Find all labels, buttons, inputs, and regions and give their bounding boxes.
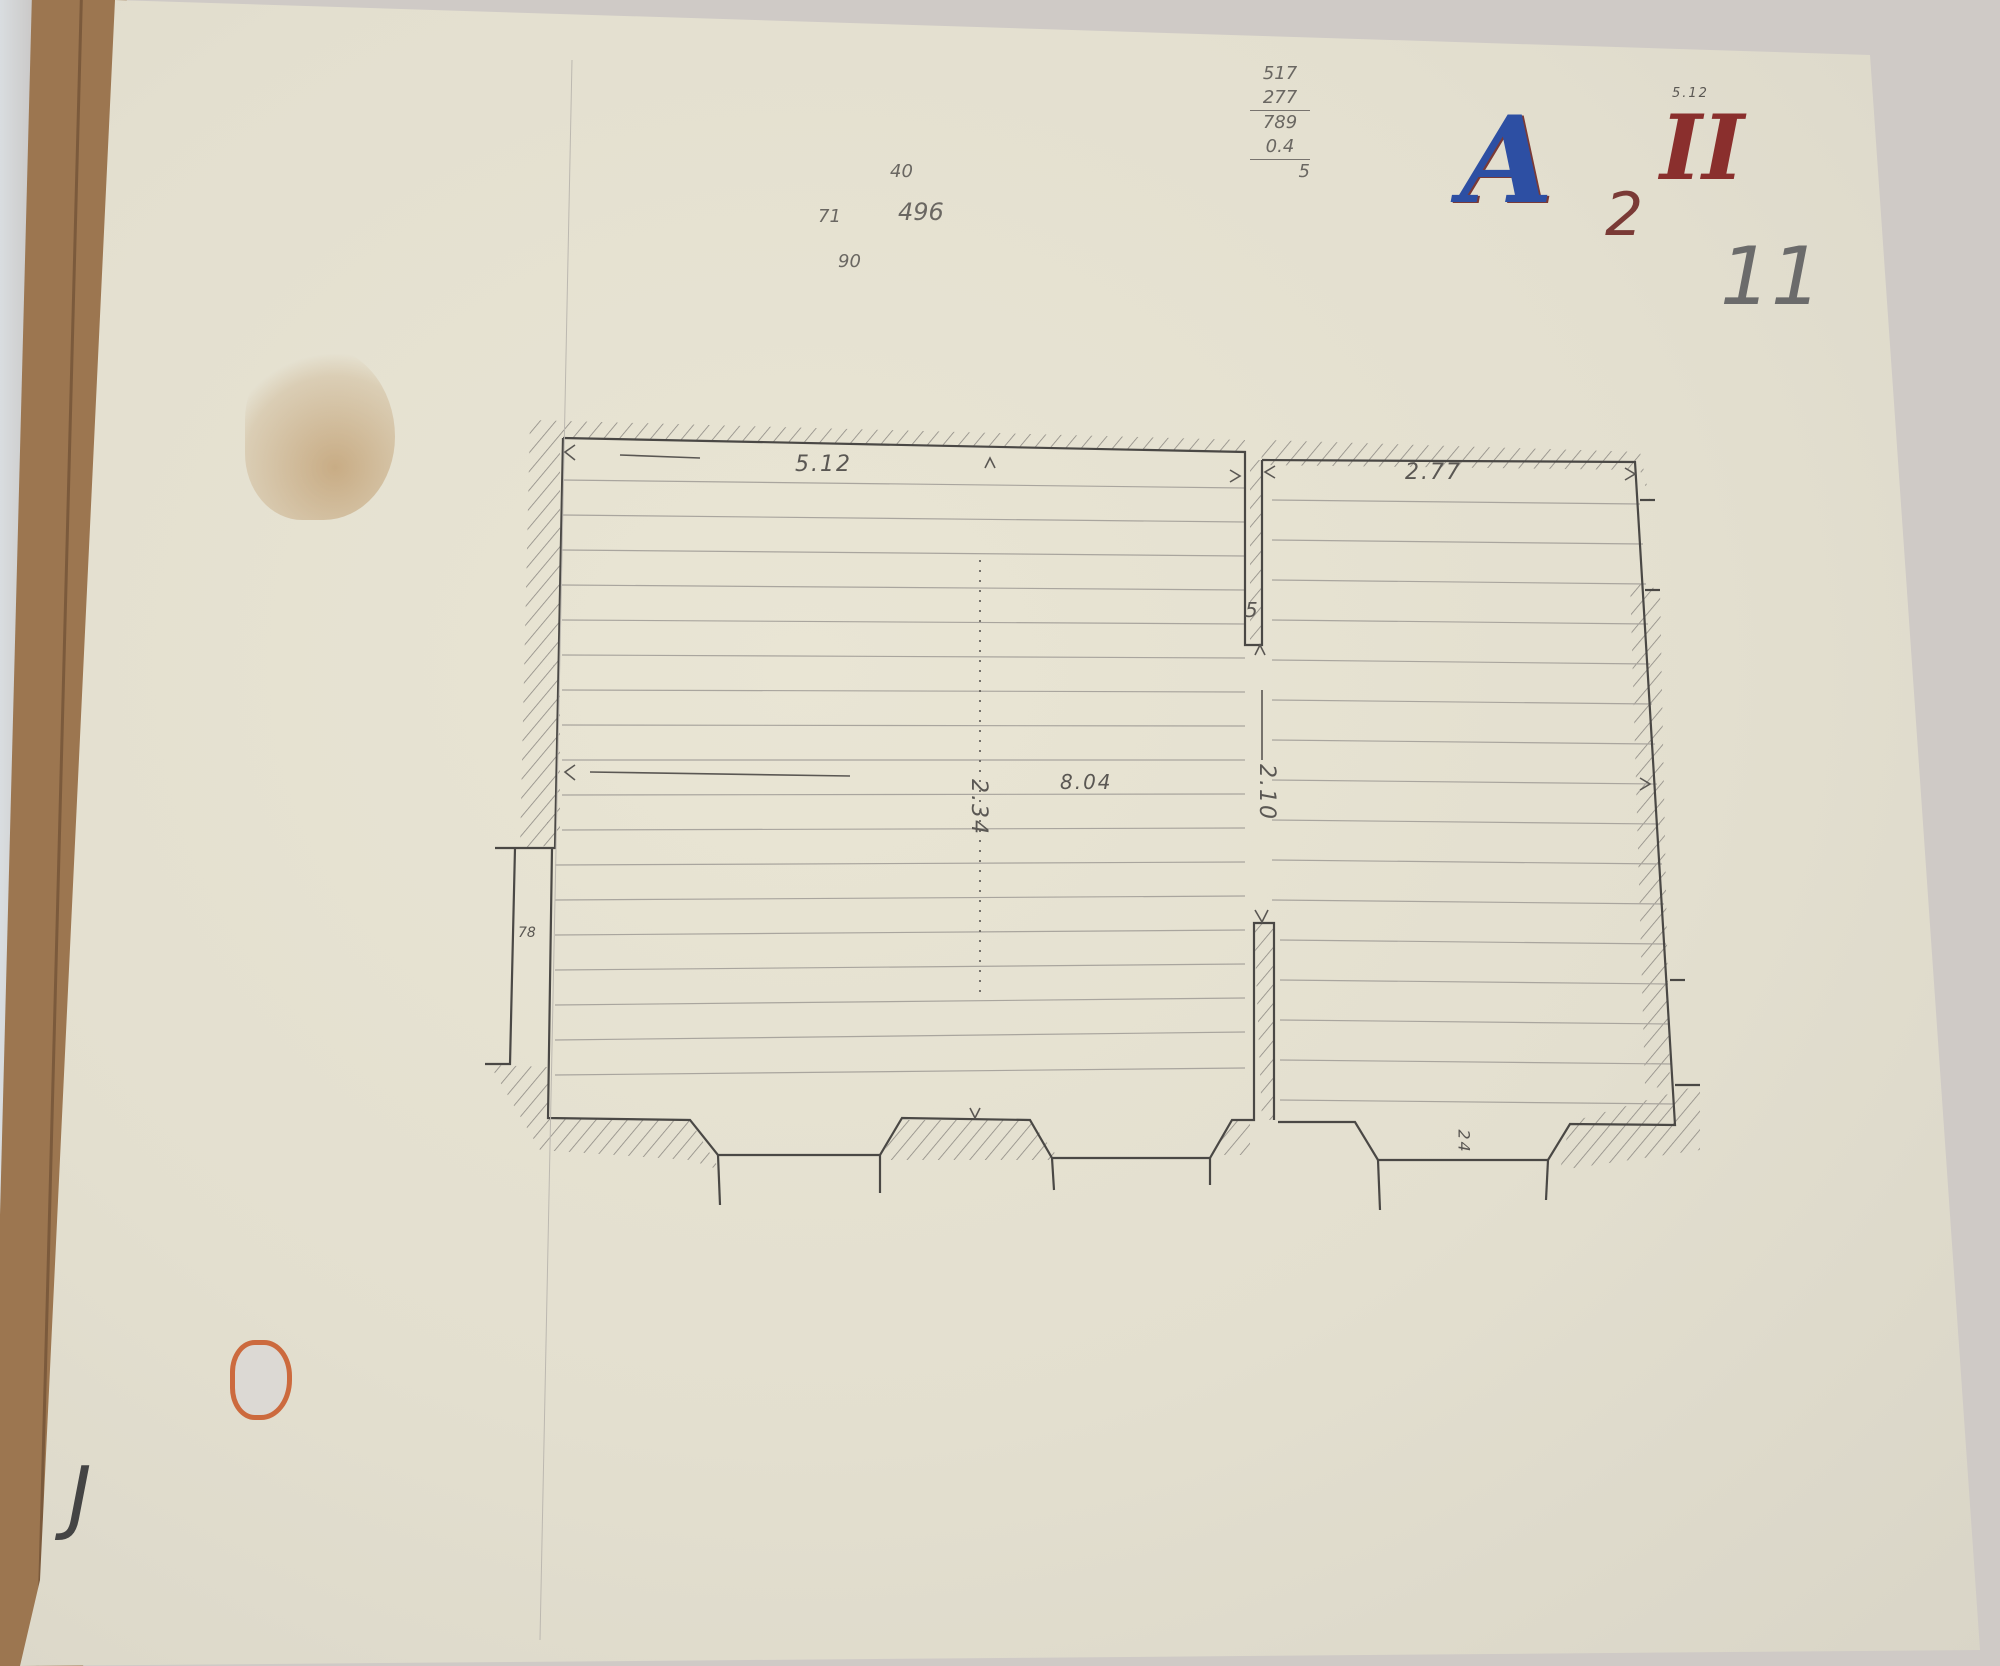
right-room-width-label: 2.77 <box>1405 460 1462 485</box>
left-room-width-label: 5.12 <box>795 452 852 477</box>
overall-length-label: 8.04 <box>1060 770 1113 794</box>
corner-mark: J <box>68 1450 94 1543</box>
left-room-depth-label: 2.34 <box>966 779 991 836</box>
partition-mark: 5 <box>1245 598 1260 622</box>
bottom-opening-label: 24 <box>1455 1129 1474 1153</box>
left-recess-label: 78 <box>518 925 536 941</box>
drawing-stage: A II 2 11 5.12 517 277 789 0.4 5 40 71 4… <box>0 0 2000 1666</box>
floor-plan-drawing <box>0 0 2000 1666</box>
partition-opening-label: 2.10 <box>1254 764 1279 821</box>
